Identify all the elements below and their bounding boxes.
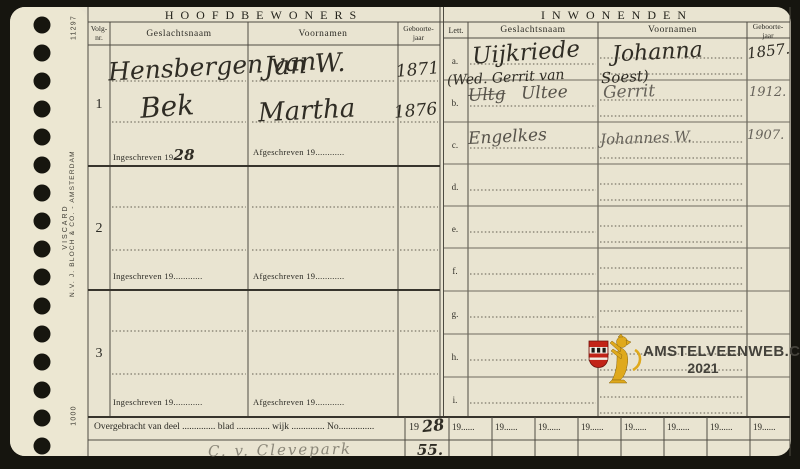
letter-b: b. (444, 98, 466, 108)
section-title-hoofdbewoners: HOOFDBEWONERS (88, 8, 440, 23)
watermark-shield-icon (589, 341, 608, 368)
row3-ingeschreven: Ingeschreven 19............ (113, 397, 203, 407)
col-header-lett: Lett. (444, 26, 468, 35)
row-b-firstnames: Gerrit (603, 81, 656, 103)
col-header-surname-left: Geslachtsnaam (112, 29, 246, 39)
col-header-firstnames-left: Voornamen (250, 29, 396, 39)
row1-firstnames-1: Jan W. (263, 48, 346, 82)
row1-surname-2: Bek (139, 88, 195, 125)
year-cell-3: 19...... (538, 422, 561, 432)
printer-address: N.V. J. BLOCH & CO. - AMSTERDAM (69, 157, 76, 297)
row1-ingeschreven-label: Ingeschreven 19 (113, 152, 173, 162)
row-c-year: 1907. (747, 128, 784, 143)
transfer-line: Overgebracht van deel .............. bla… (94, 422, 374, 432)
year-cell-1: 19...... (452, 422, 475, 432)
letter-g: g. (444, 309, 466, 319)
letter-a: a. (444, 56, 466, 66)
row1-ingeschreven-year-handwritten: 28 (173, 146, 194, 164)
row-c-surname: Engelkes (468, 125, 548, 149)
row3-afgeschreven: Afgeschreven 19............ (253, 397, 344, 407)
row-b-year: 1912. (749, 85, 786, 100)
row1-ingeschreven: Ingeschreven 1928 (113, 146, 195, 164)
watermark-year-text: 2021 (643, 360, 763, 376)
col-header-birthyear-left: Geboorte- jaar (397, 25, 440, 42)
printer-brand: VISCARD (62, 157, 69, 297)
row-b-surname-struck: Ultg (468, 84, 506, 106)
card-serial-top: 11297 (71, 11, 78, 45)
col-header-volgnr: Volg- nr. (88, 25, 110, 42)
watermark-site-text: AMSTELVEENWEB.COM (643, 343, 800, 360)
row1-afgeschreven: Afgeschreven 19............ (253, 147, 344, 157)
card-number-handwritten: 55. (417, 441, 443, 459)
col-header-birthyear-right: Geboorte- jaar (746, 23, 790, 40)
year-cell-8: 19...... (753, 422, 776, 432)
col-header-firstnames-right: Voornamen (598, 25, 747, 35)
letter-h: h. (444, 352, 466, 362)
row2-ingeschreven: Ingeschreven 19............ (113, 271, 203, 281)
col-header-birthyear-right-line2: jaar (746, 32, 790, 41)
letter-c: c. (444, 140, 466, 150)
row1-year-2: 1876 (393, 99, 438, 123)
scanned-register-card-page: { "card": { "serial_top": "11297", "seri… (0, 0, 800, 469)
year-cell-7: 19...... (710, 422, 733, 432)
year-cell-5: 19...... (624, 422, 647, 432)
row-a-firstnames: Johanna (611, 38, 703, 68)
transfer-year-printed: 19 (409, 422, 419, 433)
card-serial-bottom: 1000 (71, 399, 78, 433)
row-b-surname: Ultee (521, 82, 568, 104)
row2-afgeschreven: Afgeschreven 19............ (253, 271, 344, 281)
col-header-surname-right: Geslachtsnaam (468, 25, 598, 35)
transfer-year-handwritten: 28 (421, 415, 445, 436)
year-cell-4: 19...... (581, 422, 604, 432)
row1-firstnames-2: Martha (257, 93, 356, 128)
col-header-birthyear-left-line2: jaar (397, 34, 440, 43)
section-title-inwonenden: INWONENDEN (444, 8, 790, 23)
volgnr-2: 2 (88, 221, 110, 237)
printer-imprint: VISCARD N.V. J. BLOCH & CO. - AMSTERDAM (62, 157, 84, 297)
letter-i: i. (444, 395, 466, 405)
clerk-signature: C. v. Clevepark (208, 440, 352, 461)
letter-f: f. (444, 266, 466, 276)
volgnr-1: 1 (88, 97, 110, 113)
year-cell-6: 19...... (667, 422, 690, 432)
year-cell-2: 19...... (495, 422, 518, 432)
volgnr-3: 3 (88, 346, 110, 362)
letter-d: d. (444, 182, 466, 192)
col-header-volgnr-line2: nr. (88, 34, 110, 43)
letter-e: e. (444, 224, 466, 234)
row1-year-1: 1871 (395, 58, 440, 82)
row-c-firstnames: Johannes W. (600, 127, 692, 148)
